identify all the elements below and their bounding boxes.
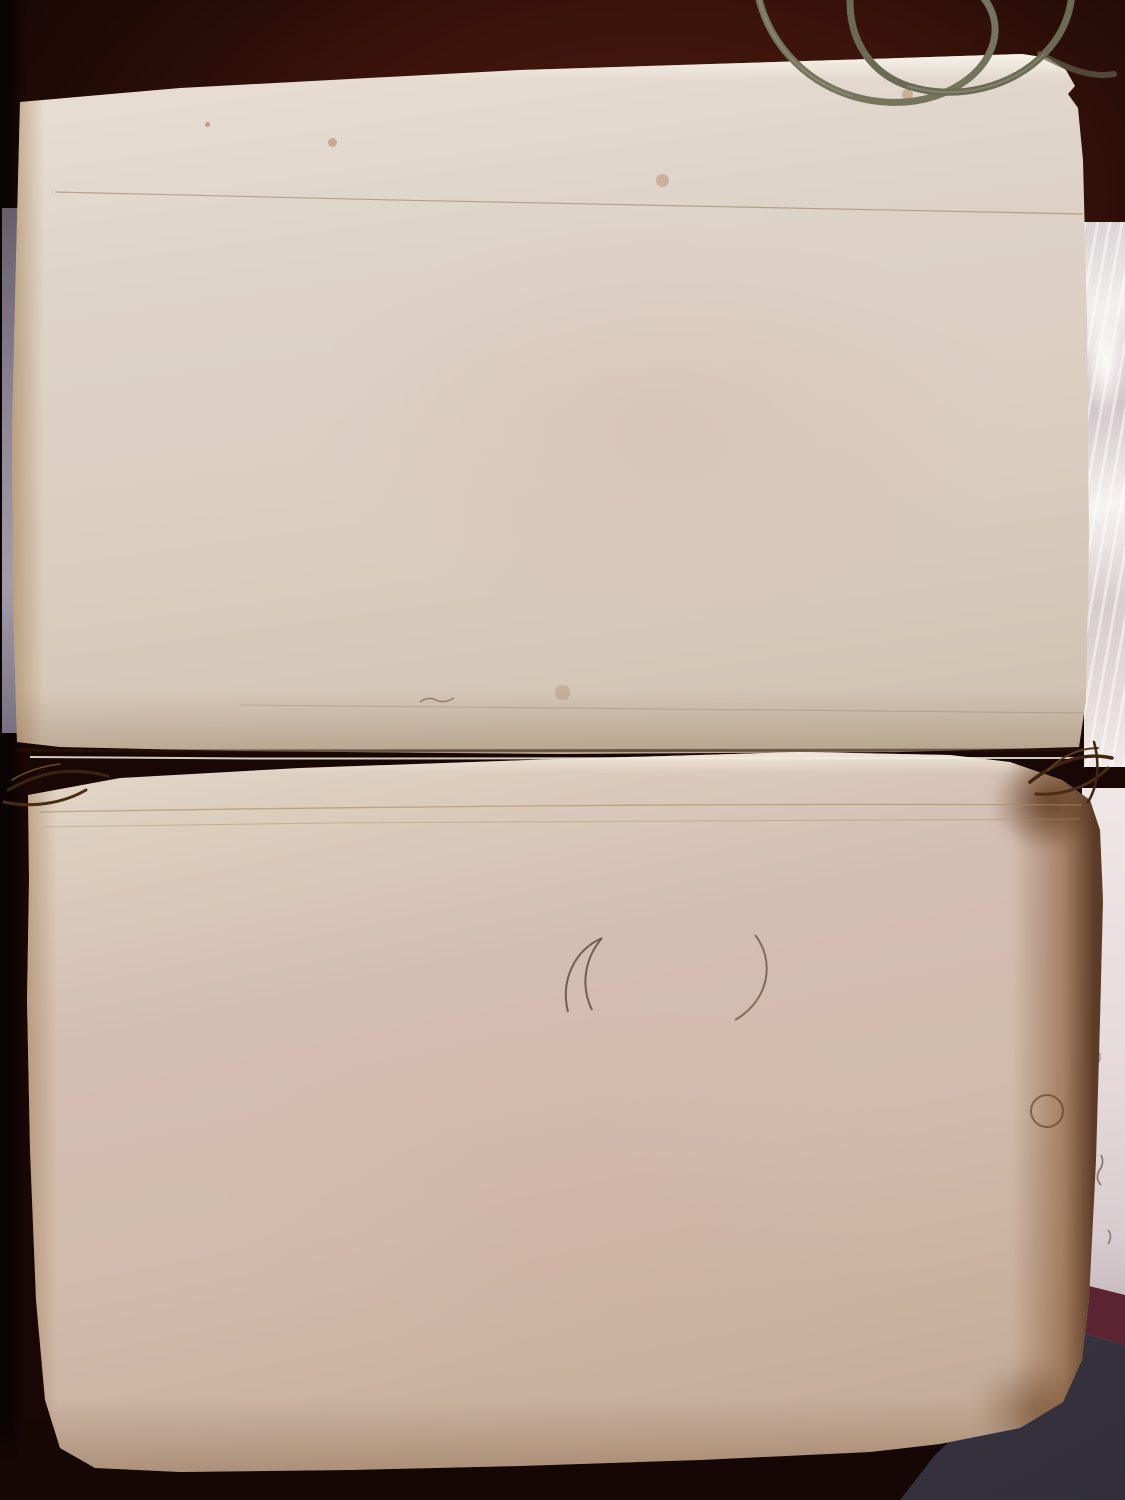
sleeve-light-hotspot bbox=[1086, 300, 1125, 420]
top-page-bottom-shadow bbox=[12, 688, 1089, 754]
top-page-pink-tint bbox=[300, 220, 1020, 620]
bottom-page-pink-tint bbox=[220, 1000, 940, 1400]
photo-scene bbox=[0, 0, 1125, 1500]
top-page-stains bbox=[205, 122, 210, 127]
